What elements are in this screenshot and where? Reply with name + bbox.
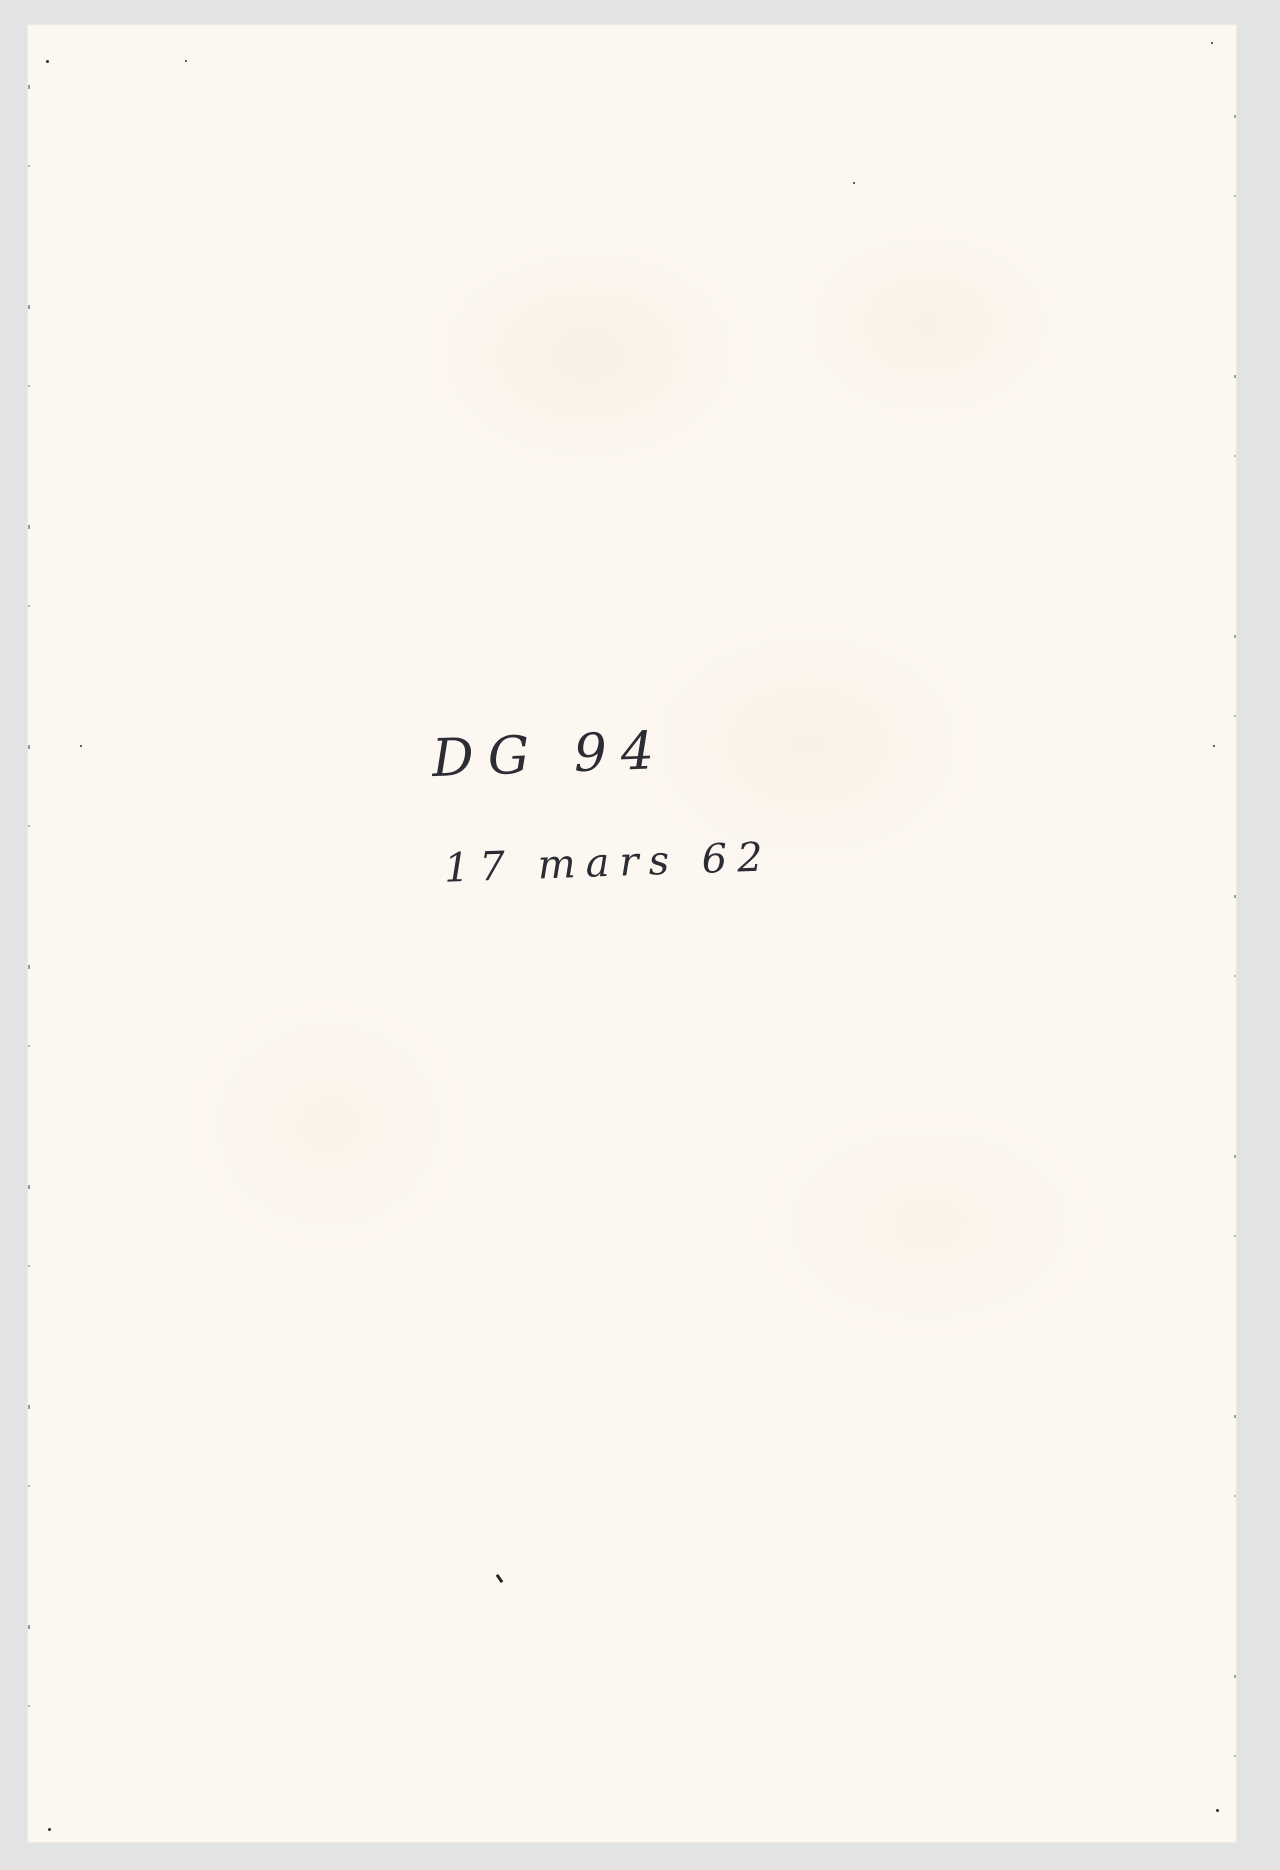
paper-sheet [28,25,1236,1842]
speck [48,1828,51,1831]
inscription-catalog-number: DG 94 [431,721,669,789]
speck [1216,1809,1219,1812]
speck [46,60,49,63]
speck [853,182,855,184]
speck [80,745,82,747]
ink-mark [496,1574,504,1583]
speck [1213,745,1215,747]
speck [1211,42,1213,44]
paper-edge-right [1234,25,1236,1842]
paper-edge-left [28,25,30,1842]
speck [185,60,187,62]
